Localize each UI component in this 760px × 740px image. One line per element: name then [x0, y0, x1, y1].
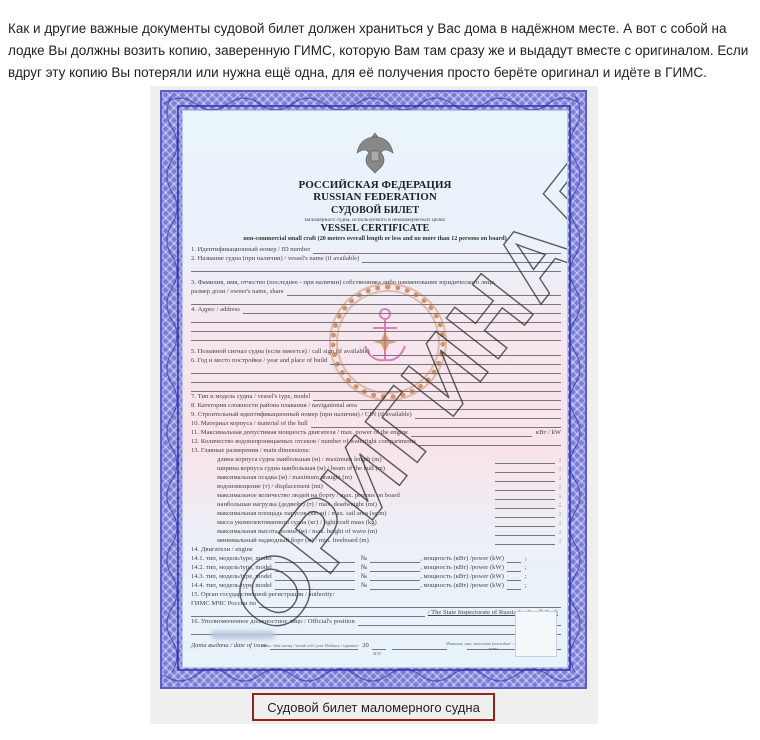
field-official: 16. Уполномоченное должностное лицо / Of… — [191, 617, 561, 626]
field-engines: 14. Двигатели / engine — [191, 545, 561, 554]
field-owner: 3. Фамилия, имя, отчество (последнее - п… — [191, 278, 561, 287]
header-country-ru: РОССИЙСКАЯ ФЕДЕРАЦИЯ — [183, 179, 567, 191]
field-engine-4: 14.4. тип, модель/type, model№, мощность… — [191, 581, 561, 590]
certificate-sheet: РОССИЙСКАЯ ФЕДЕРАЦИЯ RUSSIAN FEDERATION … — [182, 110, 568, 668]
header-country-en: RUSSIAN FEDERATION — [183, 191, 567, 203]
field-address: 4. Адрес / address — [191, 305, 561, 314]
stamp-place: М.П. — [373, 651, 382, 656]
field-call-sign: 5. Позывной сигнал судна (если имеется) … — [191, 347, 561, 356]
certificate-image[interactable]: РОССИЙСКАЯ ФЕДЕРАЦИЯ RUSSIAN FEDERATION … — [160, 90, 587, 689]
field-nav-area: 8. Категория сложности района плавания /… — [191, 401, 561, 410]
header-title-ru: СУДОВОЙ БИЛЕТ — [183, 205, 567, 216]
eagle-emblem-icon — [355, 129, 395, 175]
field-authority: 15. Орган государственной регистрации / … — [191, 590, 561, 599]
field-cin: 9. Строительный идентификационный номер … — [191, 410, 561, 419]
field-id-number: 1. Идентификационный номер / ID number — [191, 245, 561, 254]
intro-paragraph: Как и другие важные документы судовой би… — [8, 18, 756, 84]
field-compartments: 12. Количество водонепроницаемых отсеков… — [191, 437, 561, 446]
header-subtitle-en: non-commercial small craft (20 meters ov… — [183, 235, 567, 242]
date-signature-hint: дата / date месяц / month год / year Под… — [261, 643, 359, 648]
field-engine-2: 14.2. тип, модель/type, model№, мощность… — [191, 563, 561, 572]
field-vessel-name: 2. Название судна (при наличии) / vessel… — [191, 254, 561, 263]
photo-box — [515, 611, 557, 657]
blurred-serial — [211, 631, 275, 639]
field-engine-power: 11. Максимальная допустимая мощность дви… — [191, 428, 561, 437]
figure: РОССИЙСКАЯ ФЕДЕРАЦИЯ RUSSIAN FEDERATION … — [150, 86, 598, 724]
field-engine-3: 14.3. тип, модель/type, model№, мощность… — [191, 572, 561, 581]
field-type-model: 7. Тип и модель судна / vessel's type, m… — [191, 392, 561, 401]
header-title-en: VESSEL CERTIFICATE — [183, 223, 567, 234]
field-year-place: 6. Год и место постройки / year and plac… — [191, 356, 561, 365]
field-engine-1: 14.1. тип, модель/type, model№, мощность… — [191, 554, 561, 563]
field-dimensions: 13. Главные размерения / main dimensions… — [191, 446, 561, 455]
field-hull-material: 10. Материал корпуса / material of the h… — [191, 419, 561, 428]
figure-caption: Судовой билет маломерного судна — [252, 693, 495, 721]
certificate-fields: 1. Идентификационный номер / ID number 2… — [191, 245, 561, 650]
